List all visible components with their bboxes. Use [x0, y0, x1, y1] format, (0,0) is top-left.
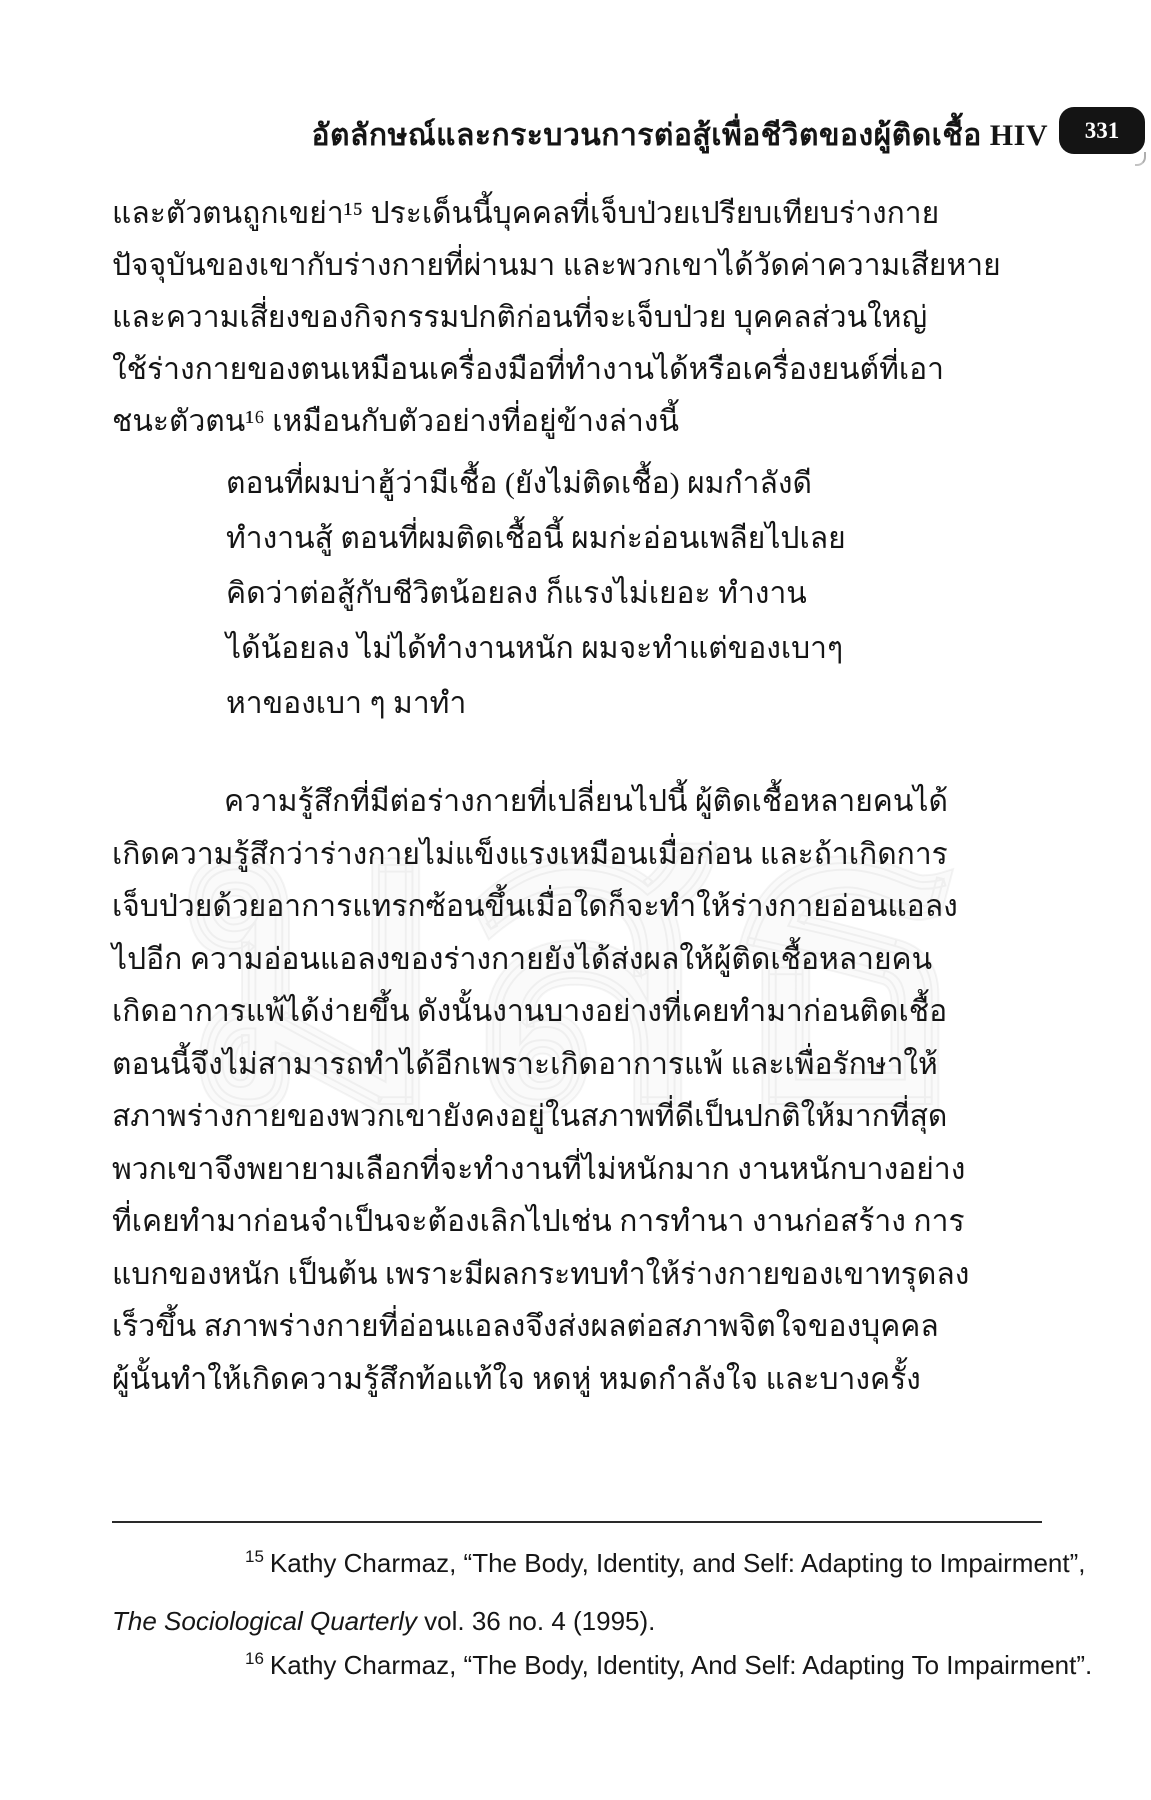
text-line: ความรู้สึกที่มีต่อร่างกายที่เปลี่ยนไปนี้…: [112, 776, 1044, 829]
text-line: สภาพร่างกายของพวกเขายังคงอยู่ในสภาพที่ดี…: [112, 1091, 1044, 1144]
text-line: แบกของหนัก เป็นต้น เพราะมีผลกระทบทำให้ร่…: [112, 1249, 1044, 1302]
quote-line: ทำงานสู้ ตอนที่ผมติดเชื้อนี้ ผมก่ะอ่อนเพ…: [226, 511, 916, 566]
text-line: พวกเขาจึงพยายามเลือกที่จะทำงานที่ไม่หนัก…: [112, 1144, 1044, 1197]
footnote-15-volume: vol. 36 no. 4 (1995).: [417, 1606, 655, 1636]
quote-line: คิดว่าต่อสู้กับชีวิตน้อยลง ก็แรงไม่เยอะ …: [226, 566, 916, 621]
footnote-16: 16Kathy Charmaz, “The Body, Identity, An…: [112, 1650, 1151, 1681]
document-page: มสธ อัตลักษณ์และกระบวนการต่อสู้เพื่อชีวิ…: [0, 0, 1151, 1800]
block-quote: ตอนที่ผมบ่าฮู้ว่ามีเชื้อ (ยังไม่ติดเชื้อ…: [226, 456, 916, 731]
footnote-15-line-2: The Sociological Quarterly vol. 36 no. 4…: [112, 1606, 1047, 1637]
paragraph-2: ความรู้สึกที่มีต่อร่างกายที่เปลี่ยนไปนี้…: [112, 776, 1044, 1406]
text-line: เกิดอาการแพ้ได้ง่ายขึ้น ดังนั้นงานบางอย่…: [112, 986, 1044, 1039]
text-line: และตัวตนถูกเขย่า¹⁵ ประเด็นนี้บุคคลที่เจ็…: [112, 188, 1044, 240]
text-line: ที่เคยทำมาก่อนจำเป็นจะต้องเลิกไปเช่น การ…: [112, 1196, 1044, 1249]
footnote-16-number: 16: [245, 1649, 264, 1668]
quote-line: ตอนที่ผมบ่าฮู้ว่ามีเชื้อ (ยังไม่ติดเชื้อ…: [226, 456, 916, 511]
quote-line: หาของเบา ๆ มาทำ: [226, 676, 916, 731]
footnote-15-number: 15: [245, 1547, 264, 1566]
badge-tail-mark: [1135, 152, 1146, 166]
running-head-title: อัตลักษณ์และกระบวนการต่อสู้เพื่อชีวิตของ…: [312, 112, 1048, 159]
paragraph-1: และตัวตนถูกเขย่า¹⁵ ประเด็นนี้บุคคลที่เจ็…: [112, 188, 1044, 448]
page-number-badge: 331: [1059, 107, 1145, 154]
footnote-15-journal: The Sociological Quarterly: [112, 1606, 417, 1636]
text-line: ปัจจุบันของเขากับร่างกายที่ผ่านมา และพวก…: [112, 240, 1044, 292]
text-line: เกิดความรู้สึกว่าร่างกายไม่แข็งแรงเหมือน…: [112, 829, 1044, 882]
text-line: ไปอีก ความอ่อนแอลงของร่างกายยังได้ส่งผลใ…: [112, 934, 1044, 987]
text-line: และความเสี่ยงของกิจกรรมปกติก่อนที่จะเจ็บ…: [112, 292, 1044, 344]
footnote-16-text: Kathy Charmaz, “The Body, Identity, And …: [270, 1650, 1092, 1680]
text-line: ใช้ร่างกายของตนเหมือนเครื่องมือที่ทำงานไ…: [112, 344, 1044, 396]
text-line: เร็วขึ้น สภาพร่างกายที่อ่อนแอลงจึงส่งผลต…: [112, 1301, 1044, 1354]
text-line: ตอนนี้จึงไม่สามารถทำได้อีกเพราะเกิดอาการ…: [112, 1039, 1044, 1092]
text-line: ชนะตัวตน¹⁶ เหมือนกับตัวอย่างที่อยู่ข้างล…: [112, 396, 1044, 448]
footnote-15-text: Kathy Charmaz, “The Body, Identity, and …: [270, 1548, 1086, 1578]
text-line: เจ็บป่วยด้วยอาการแทรกซ้อนขึ้นเมื่อใดก็จะ…: [112, 881, 1044, 934]
quote-line: ได้น้อยลง ไม่ได้ทำงานหนัก ผมจะทำแต่ของเบ…: [226, 621, 916, 676]
footnote-15-line-1: 15Kathy Charmaz, “The Body, Identity, an…: [112, 1548, 1151, 1579]
content-layer: อัตลักษณ์และกระบวนการต่อสู้เพื่อชีวิตของ…: [0, 0, 1151, 1800]
footnote-divider: [112, 1521, 1042, 1523]
text-line: ผู้นั้นทำให้เกิดความรู้สึกท้อแท้ใจ หดหู่…: [112, 1354, 1044, 1407]
